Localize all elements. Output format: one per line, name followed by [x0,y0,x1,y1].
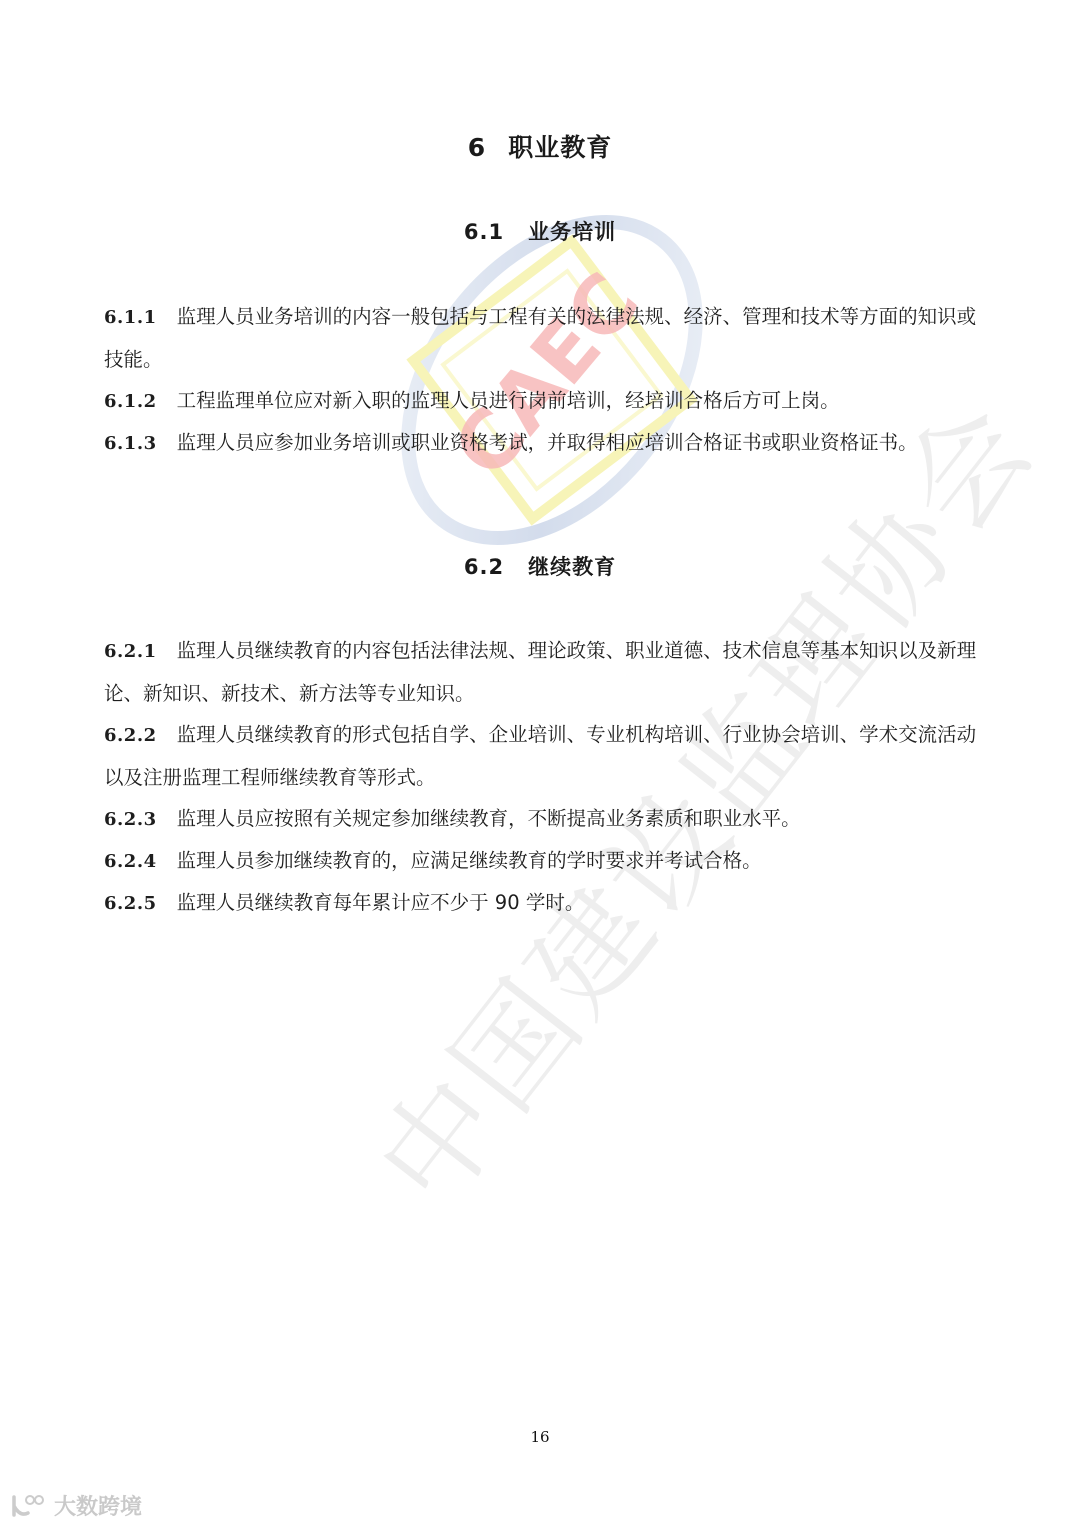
clause-6-1-1: 6.1.1监理人员业务培训的内容一般包括与工程有关的法律法规、经济、管理和技术等… [104,296,984,381]
clause-number: 6.1.1 [104,307,157,328]
clause-number: 6.2.3 [104,809,157,830]
clause-text: 监理人员应参加业务培训或职业资格考试，并取得相应培训合格证书或职业资格证书。 [177,431,918,454]
clause-text: 监理人员应按照有关规定参加继续教育，不断提高业务素质和职业水平。 [177,807,801,830]
chapter-title: 6职业教育 [0,128,1080,164]
clause-6-2-4: 6.2.4监理人员参加继续教育的，应满足继续教育的学时要求并考试合格。 [104,840,984,883]
section-title-text: 继续教育 [528,555,616,579]
clause-number: 6.2.5 [104,893,157,914]
source-badge: 大数跨境 [10,1490,142,1521]
clause-number: 6.1.2 [104,391,157,412]
clause-6-2-2: 6.2.2监理人员继续教育的形式包括自学、企业培训、专业机构培训、行业协会培训、… [104,714,984,799]
section-title-6-1: 6.1业务培训 [0,216,1080,246]
document-page: CAEC 中国建设监理协会 6职业教育 6.1业务培训 6.1.1监理人员业务培… [0,0,1080,1528]
clause-text: 监理人员继续教育的内容包括法律法规、理论政策、职业道德、技术信息等基本知识以及新… [104,639,976,705]
clause-6-2-3: 6.2.3监理人员应按照有关规定参加继续教育，不断提高业务素质和职业水平。 [104,798,984,841]
clause-6-1-3: 6.1.3监理人员应参加业务培训或职业资格考试，并取得相应培训合格证书或职业资格… [104,422,984,465]
clause-6-2-1: 6.2.1监理人员继续教育的内容包括法律法规、理论政策、职业道德、技术信息等基本… [104,630,984,715]
section-title-text: 业务培训 [528,220,616,244]
section-number: 6.1 [464,220,504,244]
chapter-title-text: 职业教育 [508,133,612,162]
source-badge-label: 大数跨境 [54,1490,142,1521]
clause-text: 监理人员业务培训的内容一般包括与工程有关的法律法规、经济、管理和技术等方面的知识… [104,305,976,371]
clause-text: 监理人员参加继续教育的，应满足继续教育的学时要求并考试合格。 [177,849,762,872]
clause-number: 6.2.1 [104,641,157,662]
chapter-number: 6 [468,133,486,162]
clause-6-1-2: 6.1.2工程监理单位应对新入职的监理人员进行岗前培训，经培训合格后方可上岗。 [104,380,984,423]
clause-number: 6.1.3 [104,433,157,454]
section-number: 6.2 [464,555,504,579]
page-number: 16 [0,1428,1080,1446]
clause-number: 6.2.4 [104,851,157,872]
clause-text: 监理人员继续教育的形式包括自学、企业培训、专业机构培训、行业协会培训、学术交流活… [104,723,976,789]
1000-logo-icon [10,1493,48,1519]
clause-number: 6.2.2 [104,725,157,746]
clause-text: 工程监理单位应对新入职的监理人员进行岗前培训，经培训合格后方可上岗。 [177,389,840,412]
section-title-6-2: 6.2继续教育 [0,551,1080,581]
clause-text: 监理人员继续教育每年累计应不少于 90 学时。 [177,891,585,914]
clause-6-2-5: 6.2.5监理人员继续教育每年累计应不少于 90 学时。 [104,882,984,925]
